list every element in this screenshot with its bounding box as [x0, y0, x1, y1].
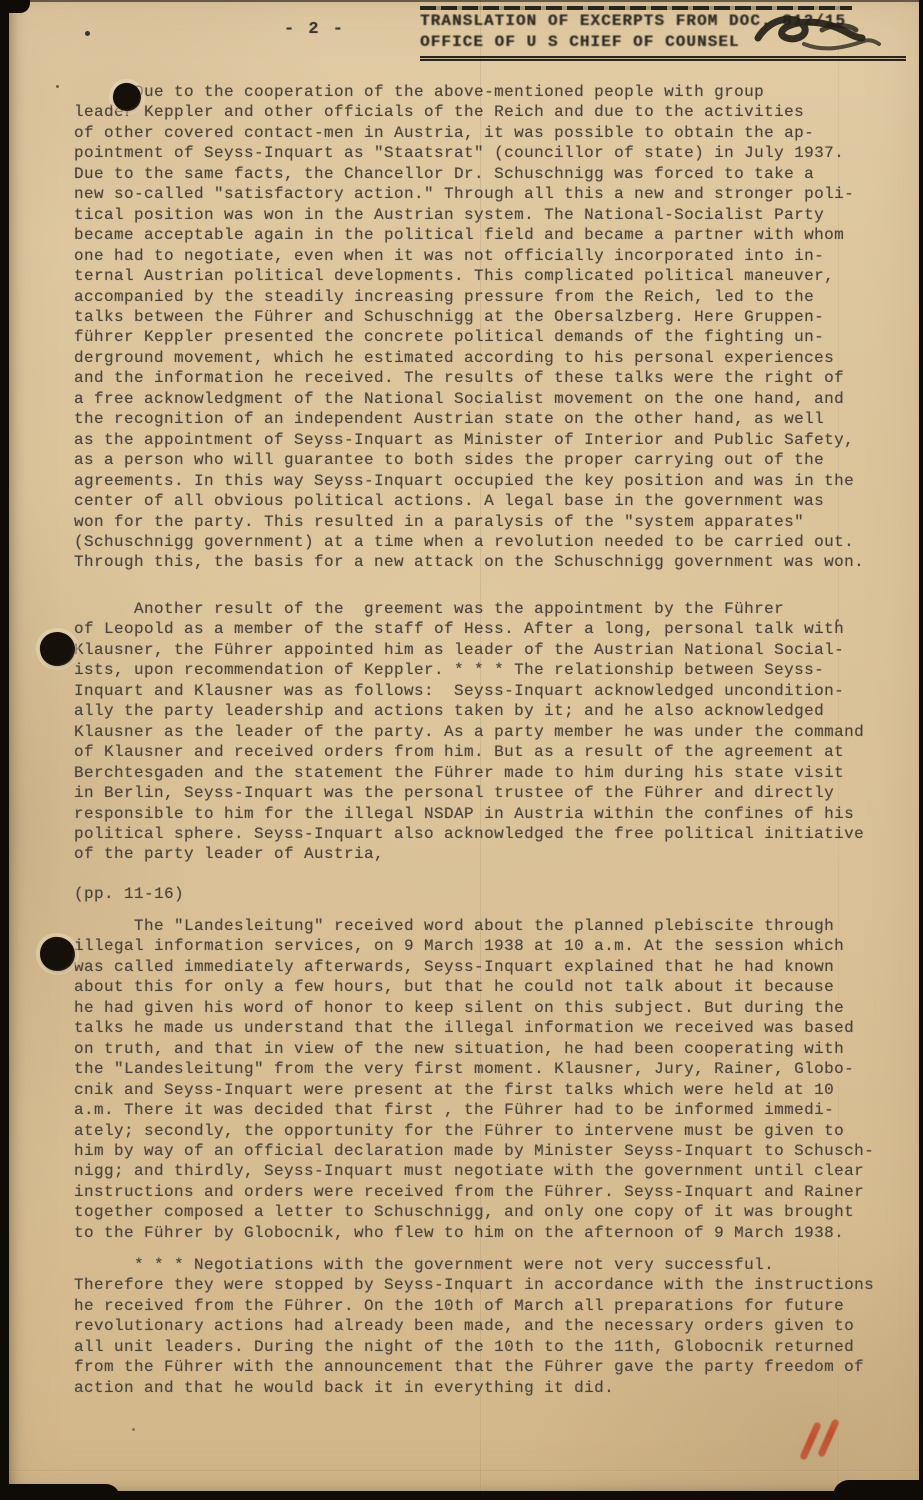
paragraph-4: * * * Negotiations with the government w… — [74, 1255, 874, 1398]
scanned-document-page: - 2 - TRANSLATION OF EXCERPTS FROM DOC. … — [0, 0, 923, 1500]
scan-corner-bottom-right — [833, 1480, 923, 1500]
scan-edge-left — [0, 0, 9, 1500]
scan-corner-bottom-left — [0, 1484, 120, 1500]
page-range-reference: (pp. 11-16) — [74, 884, 184, 904]
punch-hole-lower — [39, 936, 77, 973]
scan-edge-bottom — [0, 1491, 923, 1500]
ink-speck — [85, 31, 90, 36]
scan-edge-right — [919, 0, 923, 1500]
ink-speck — [836, 619, 839, 622]
page-number: - 2 - — [284, 20, 345, 39]
scan-edge-top — [0, 0, 923, 2]
paragraph-2: Another result of the greement was the a… — [74, 599, 864, 865]
handwritten-page-number — [799, 1418, 854, 1463]
paragraph-3: The "Landesleitung" received word about … — [74, 916, 874, 1243]
punch-hole-middle — [38, 630, 77, 669]
paper-crease-horizontal — [0, 1470, 923, 1472]
ink-speck — [132, 1428, 135, 1431]
paragraph-1: Due to the cooperation of the above-ment… — [74, 82, 864, 573]
scan-corner-top-left — [0, 0, 30, 13]
ink-scribble — [752, 10, 882, 58]
ink-speck — [56, 85, 59, 88]
